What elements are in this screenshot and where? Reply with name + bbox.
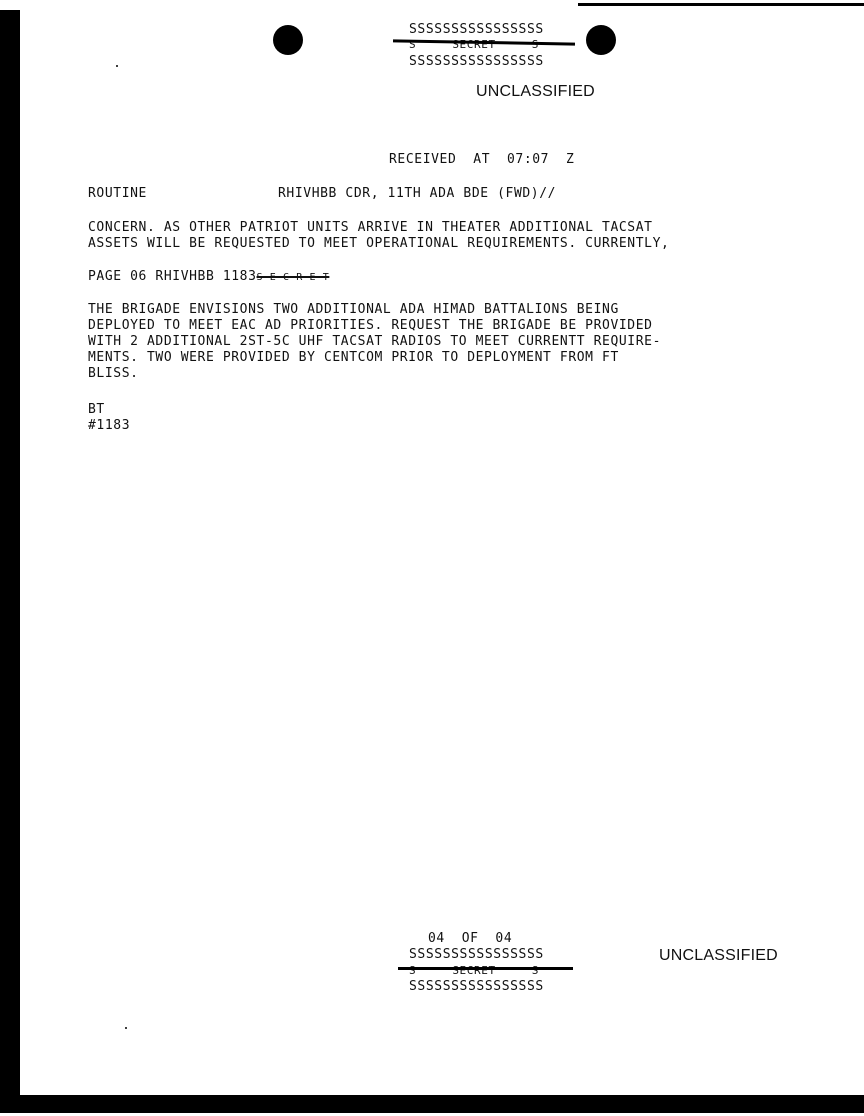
received-time: RECEIVED AT 07:07 Z (389, 152, 574, 168)
scan-left-border (0, 10, 20, 1110)
footer-classification: UNCLASSIFIED (659, 947, 778, 965)
precedence: ROUTINE (88, 186, 147, 202)
footer-banner-bottom: SSSSSSSSSSSSSSSS (409, 979, 544, 995)
scan-speck (116, 65, 118, 67)
footer-page-count: 04 OF 04 (428, 931, 512, 947)
break-marker: BT (88, 402, 105, 418)
text-line: MENTS. TWO WERE PROVIDED BY CENTCOM PRIO… (88, 350, 661, 366)
header-banner-bottom: SSSSSSSSSSSSSSSS (409, 54, 544, 70)
scan-speck (125, 1027, 127, 1029)
header-classification: UNCLASSIFIED (476, 83, 595, 101)
scan-bottom-border (0, 1095, 864, 1113)
text-line: ASSETS WILL BE REQUESTED TO MEET OPERATI… (88, 236, 669, 252)
text-line: WITH 2 ADDITIONAL 2ST-5C UHF TACSAT RADI… (88, 334, 661, 350)
message-number: #1183 (88, 418, 130, 434)
scan-top-line (578, 3, 864, 6)
page-line-struck-secret: S E C R E T (257, 272, 330, 283)
footer-secret-strikeout (398, 967, 573, 970)
punch-hole-left (273, 25, 303, 55)
routing-line: RHIVHBB CDR, 11TH ADA BDE (FWD)// (278, 186, 556, 202)
text-line: DEPLOYED TO MEET EAC AD PRIORITIES. REQU… (88, 318, 661, 334)
punch-hole-right (586, 25, 616, 55)
page-line: PAGE 06 RHIVHBB 1183S E C R E T (88, 269, 329, 286)
text-line: CONCERN. AS OTHER PATRIOT UNITS ARRIVE I… (88, 220, 669, 236)
paragraph-1: CONCERN. AS OTHER PATRIOT UNITS ARRIVE I… (88, 220, 669, 252)
footer-banner-top: SSSSSSSSSSSSSSSS (409, 947, 544, 963)
text-line: THE BRIGADE ENVISIONS TWO ADDITIONAL ADA… (88, 302, 661, 318)
text-line: BLISS. (88, 366, 661, 382)
paragraph-2: THE BRIGADE ENVISIONS TWO ADDITIONAL ADA… (88, 302, 661, 382)
footer-banner-secret: S SECRET S (409, 963, 539, 979)
page-line-text: PAGE 06 RHIVHBB 1183 (88, 269, 257, 284)
header-banner-top: SSSSSSSSSSSSSSSS (409, 22, 544, 38)
